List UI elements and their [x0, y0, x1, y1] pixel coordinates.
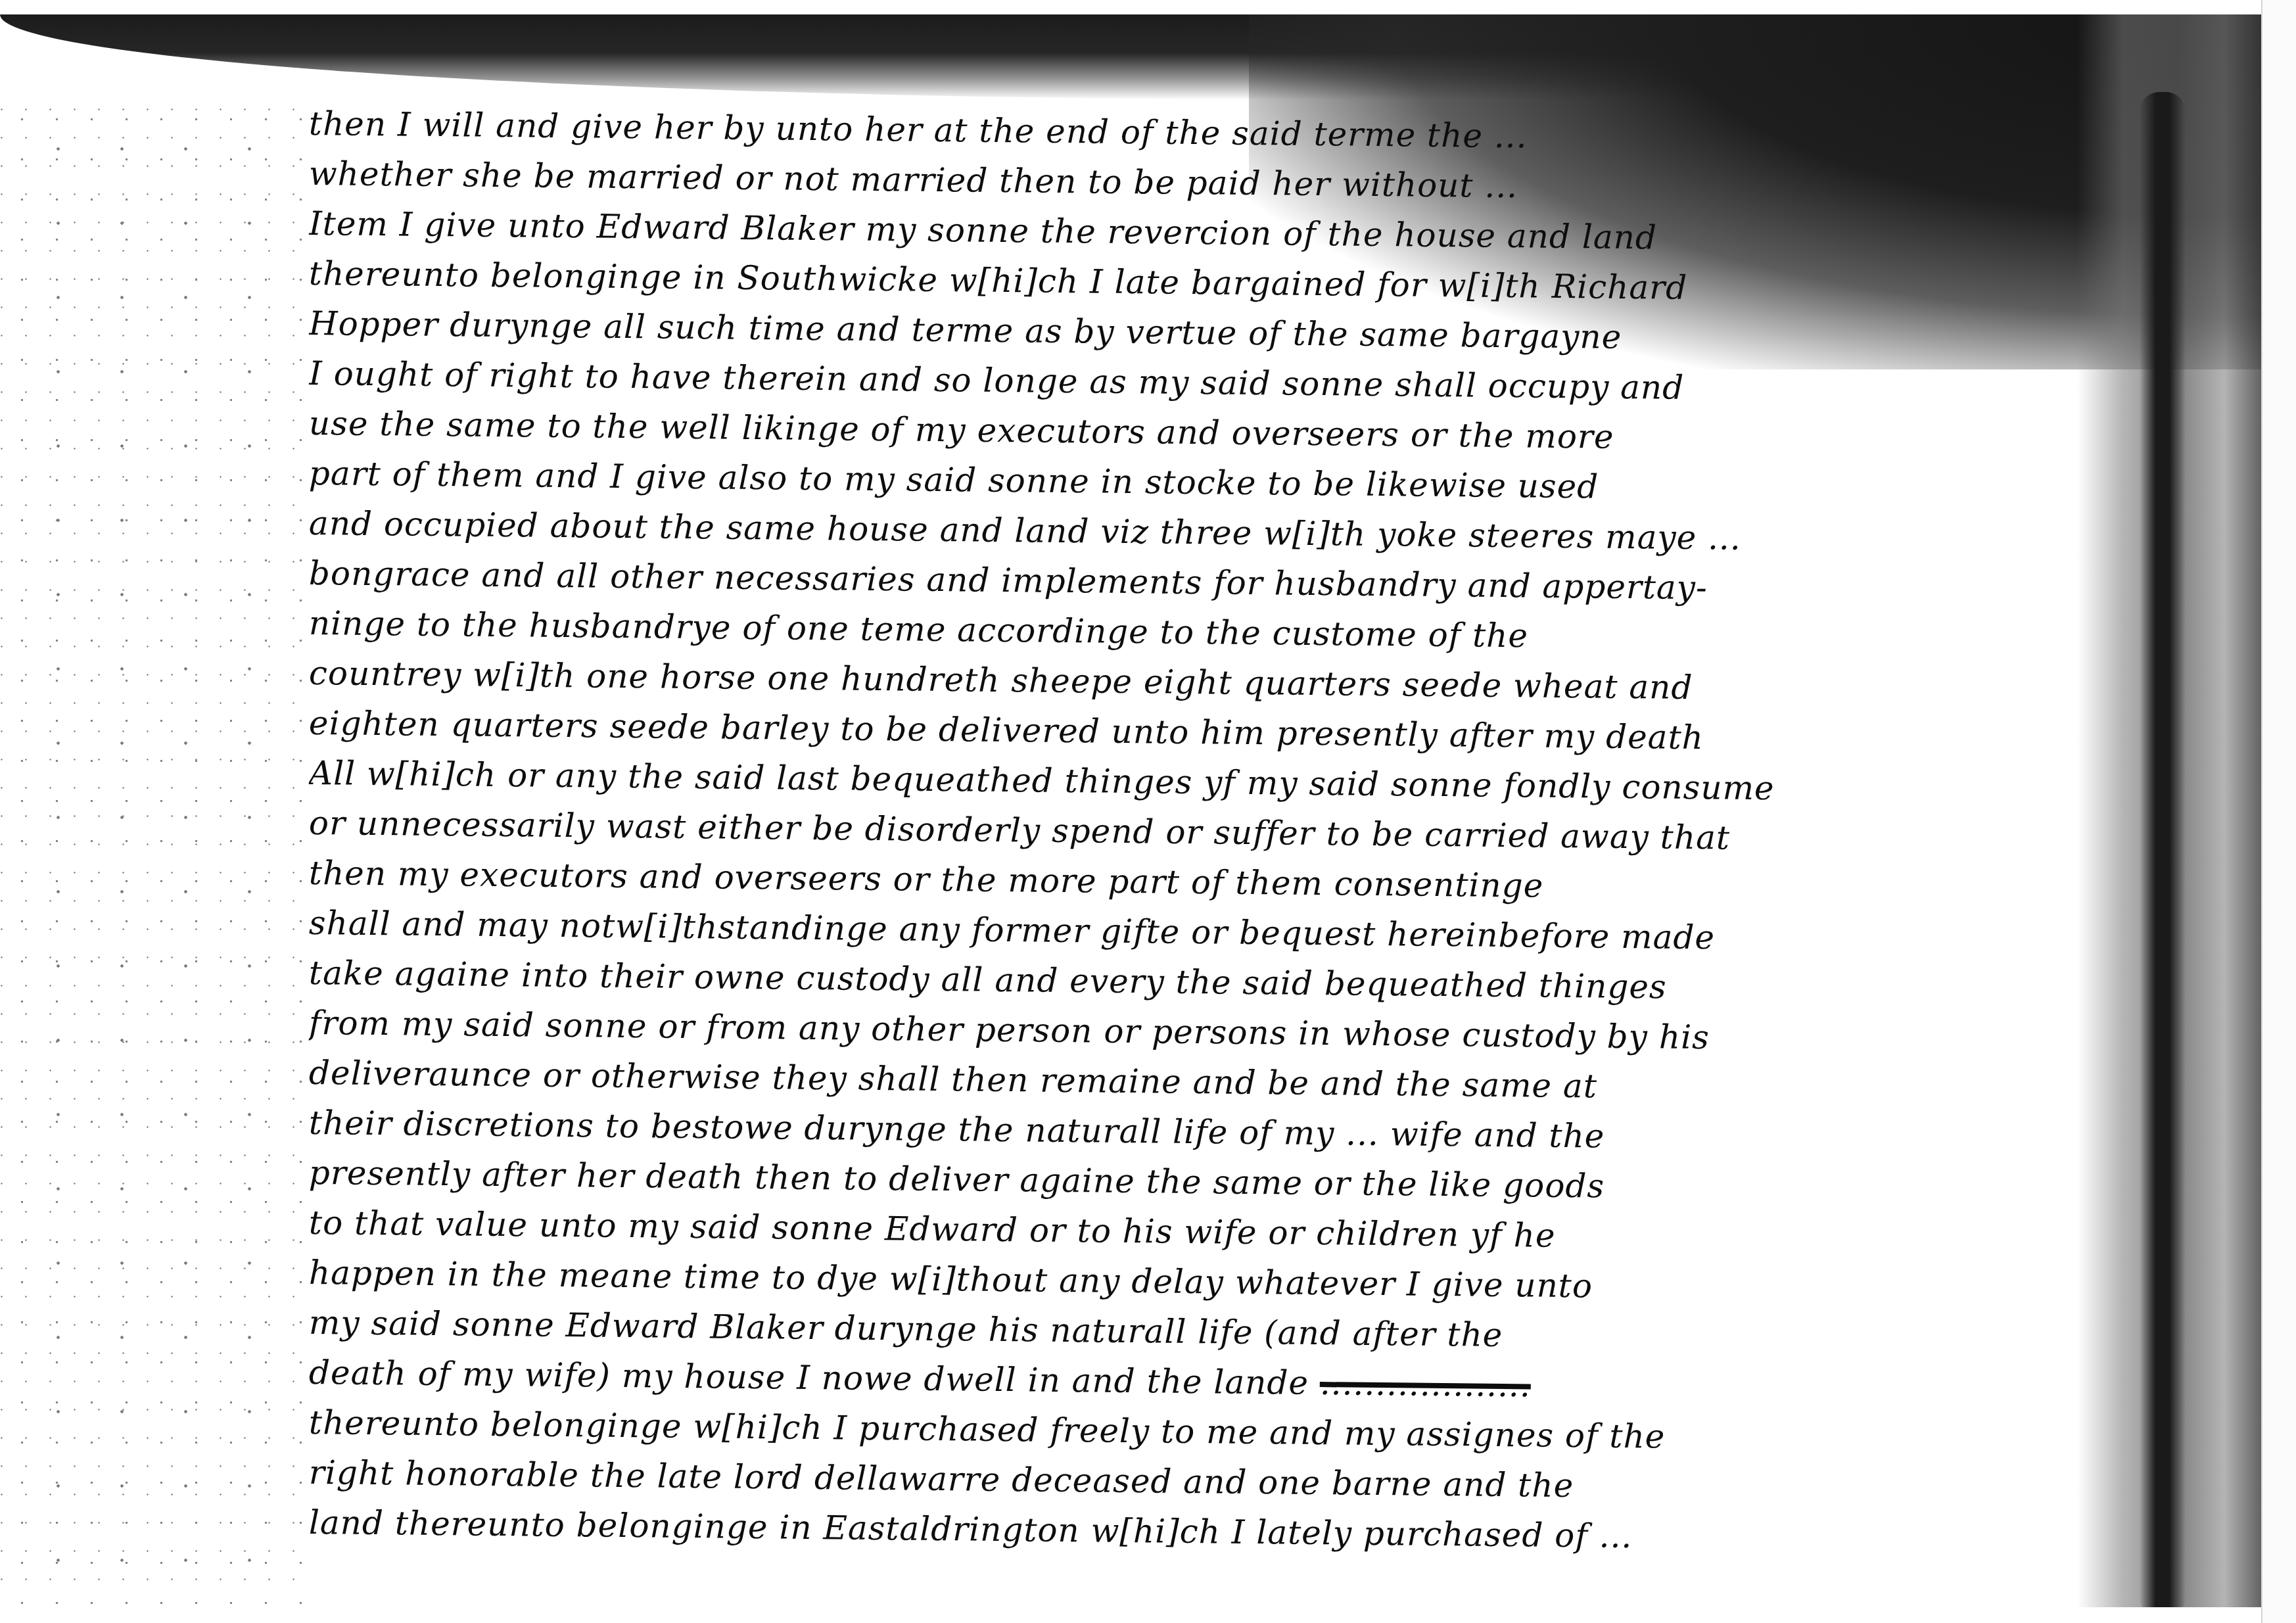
page-bottom-margin	[0, 1607, 2261, 1623]
binding-crease	[2140, 92, 2186, 1617]
manuscript-page: then I will and give her by unto her at …	[0, 0, 2296, 1623]
text-line-content: death of my wife) my house I nowe dwell …	[309, 1353, 1309, 1402]
margin-speckle-noise	[0, 92, 309, 1604]
scan-right-border	[2261, 0, 2296, 1623]
struck-through-text: ...................	[1320, 1364, 1532, 1404]
manuscript-text: then I will and give her by unto her at …	[309, 99, 2123, 1547]
